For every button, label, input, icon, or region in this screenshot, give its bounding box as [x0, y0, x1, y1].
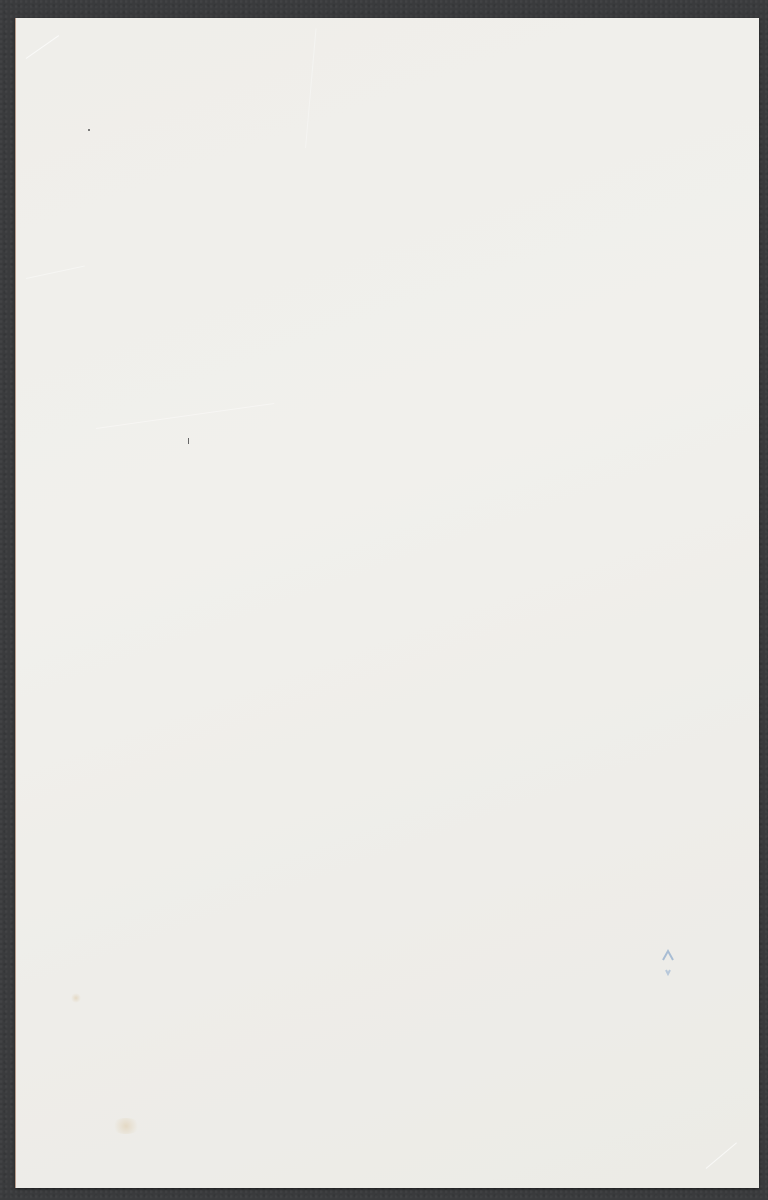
dust-speck	[88, 129, 90, 131]
paper-crease	[305, 28, 316, 148]
paper-sheet: Blank paper sheet	[15, 18, 759, 1188]
paper-crease	[26, 266, 85, 279]
paper-crease	[706, 1142, 737, 1168]
paper-crease	[96, 403, 274, 429]
paper-crease	[26, 35, 59, 59]
ink-mark	[661, 948, 675, 978]
paper-stain	[71, 993, 81, 1003]
dust-speck	[188, 438, 189, 444]
paper-stain	[111, 1118, 141, 1134]
